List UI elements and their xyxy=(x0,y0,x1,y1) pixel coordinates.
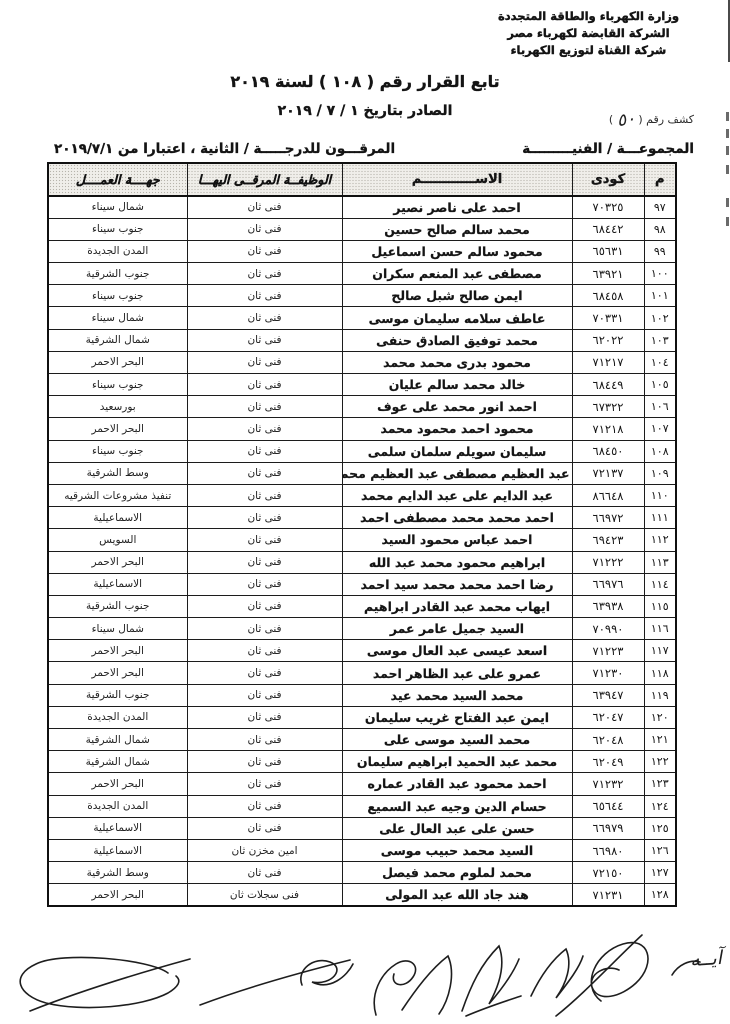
row-name: رضا احمد محمد محمد سيد احمد xyxy=(342,573,572,595)
row-index: ١٢٨ xyxy=(644,884,676,906)
row-position: فنى ثان xyxy=(187,307,342,329)
row-code: ٧٢١٣٧ xyxy=(572,462,644,484)
row-name: ايمن عبد الفتاح غريب سليمان xyxy=(342,706,572,728)
row-code: ٧١٢٣٠ xyxy=(572,662,644,684)
table-row: ١٠١ ٦٨٤٥٨ ايمن صالح شبل صالح فنى ثان جنو… xyxy=(48,285,676,307)
row-position: فنى ثان xyxy=(187,507,342,529)
row-name: السيد محمد حبيب موسى xyxy=(342,839,572,861)
row-workplace: الاسماعيلية xyxy=(48,507,187,529)
row-index: ١٠٠ xyxy=(644,263,676,285)
row-index: ٩٩ xyxy=(644,240,676,262)
row-workplace: جنوب سيناء xyxy=(48,285,187,307)
row-workplace: بورسعيد xyxy=(48,396,187,418)
row-code: ٦٥٦٤٤ xyxy=(572,795,644,817)
promotion-table-header: م كودى الاســــــــــــم الوظيفــة المرق… xyxy=(48,163,676,196)
header-workplace: جهــــة العمــــل xyxy=(48,163,187,196)
row-code: ٦٢٠٢٢ xyxy=(572,329,644,351)
row-position: فنى سجلات ثان xyxy=(187,884,342,906)
row-code: ٦٧٣٢٢ xyxy=(572,396,644,418)
row-code: ٧١٢٢٣ xyxy=(572,640,644,662)
letterhead-holding-company: الشركة القابضة لكهرباء مصر xyxy=(481,25,696,42)
sheet-number-handwritten: ٥٠ xyxy=(615,109,636,131)
row-workplace: البحر الاحمر xyxy=(48,662,187,684)
table-row: ١٢٨ ٧١٢٣١ هند جاد الله عبد المولى فنى سج… xyxy=(48,884,676,906)
row-index: ٩٨ xyxy=(644,218,676,240)
row-workplace: البحر الاحمر xyxy=(48,351,187,373)
header-index: م xyxy=(644,163,676,196)
table-row: ٩٨ ٦٨٤٤٢ محمد سالم صالح حسين فنى ثان جنو… xyxy=(48,218,676,240)
row-workplace: الاسماعيلية xyxy=(48,839,187,861)
row-workplace: السويس xyxy=(48,529,187,551)
table-row: ١٠٧ ٧١٢١٨ محمود احمد محمود محمد فنى ثان … xyxy=(48,418,676,440)
row-position: فنى ثان xyxy=(187,285,342,307)
row-position: فنى ثان xyxy=(187,706,342,728)
letterhead-canal-company: شركة القناة لتوزيع الكهرباء xyxy=(481,42,696,59)
row-code: ٦٦٩٧٢ xyxy=(572,507,644,529)
signature-scribble xyxy=(20,957,179,1007)
row-index: ١٠٦ xyxy=(644,396,676,418)
row-position: فنى ثان xyxy=(187,618,342,640)
row-name: احمد على ناصر نصير xyxy=(342,196,572,218)
table-row: ١٠٤ ٧١٢١٧ محمود بدرى محمد محمد فنى ثان ا… xyxy=(48,351,676,373)
row-index: ١١١ xyxy=(644,507,676,529)
signature-scribble xyxy=(531,949,583,998)
row-code: ٧١٢٣١ xyxy=(572,884,644,906)
row-position: فنى ثان xyxy=(187,751,342,773)
row-name: احمد محمد محمد مصطفى احمد xyxy=(342,507,572,529)
row-name: محمود بدرى محمد محمد xyxy=(342,351,572,373)
row-workplace: البحر الاحمر xyxy=(48,640,187,662)
row-name: احمد عباس محمود السيد xyxy=(342,529,572,551)
group-label: المجموعـــة / الفنيـــــــــة xyxy=(522,141,694,157)
row-name: محمد لملوم محمد فيصل xyxy=(342,862,572,884)
row-name: هند جاد الله عبد المولى xyxy=(342,884,572,906)
row-name: حسن على عبد العال على xyxy=(342,817,572,839)
scanned-decree-document: وزارة الكهرباء والطاقة المتجددة الشركة ا… xyxy=(0,0,730,1024)
promotion-table: م كودى الاســــــــــــم الوظيفــة المرق… xyxy=(47,162,677,907)
scan-edge-dash xyxy=(726,198,729,207)
row-name: محمد السيد محمد عيد xyxy=(342,684,572,706)
row-index: ١٢٤ xyxy=(644,795,676,817)
row-position: فنى ثان xyxy=(187,440,342,462)
table-row: ١٢٤ ٦٥٦٤٤ حسام الدين وجيه عبد السميع فنى… xyxy=(48,795,676,817)
signature-scribble xyxy=(462,946,519,1011)
row-workplace: جنوب سيناء xyxy=(48,440,187,462)
row-name: محمد سالم صالح حسين xyxy=(342,218,572,240)
row-code: ٧١٢٢٢ xyxy=(572,551,644,573)
signature-scribble xyxy=(301,961,353,985)
row-position: فنى ثان xyxy=(187,218,342,240)
row-workplace: جنوب الشرقية xyxy=(48,263,187,285)
scan-edge-dash xyxy=(726,146,729,155)
row-position: فنى ثان xyxy=(187,573,342,595)
row-position: فنى ثان xyxy=(187,240,342,262)
row-index: ١٢٣ xyxy=(644,773,676,795)
table-row: ١٠٢ ٧٠٣٣١ عاطف سلامه سليمان موسى فنى ثان… xyxy=(48,307,676,329)
row-index: ١٠٢ xyxy=(644,307,676,329)
row-code: ٦٨٤٤٩ xyxy=(572,374,644,396)
row-index: ١٠٤ xyxy=(644,351,676,373)
row-workplace: شمال سيناء xyxy=(48,618,187,640)
table-row: ١١١ ٦٦٩٧٢ احمد محمد محمد مصطفى احمد فنى … xyxy=(48,507,676,529)
row-code: ٨٦٦٤٨ xyxy=(572,484,644,506)
row-index: ١٠٨ xyxy=(644,440,676,462)
table-row: ١١٣ ٧١٢٢٢ ابراهيم محمود محمد عبد الله فن… xyxy=(48,551,676,573)
row-index: ١١٧ xyxy=(644,640,676,662)
table-row: ٩٩ ٦٥٦٣١ محمود سالم حسن اسماعيل فنى ثان … xyxy=(48,240,676,262)
row-code: ٦٦٩٧٦ xyxy=(572,573,644,595)
table-row: ١١٤ ٦٦٩٧٦ رضا احمد محمد محمد سيد احمد فن… xyxy=(48,573,676,595)
row-index: ١٢١ xyxy=(644,729,676,751)
header-position: الوظيفــة المرقــى اليهـــا xyxy=(187,163,342,196)
row-position: فنى ثان xyxy=(187,196,342,218)
signature-scribble xyxy=(556,935,642,1016)
row-workplace: وسط الشرقية xyxy=(48,462,187,484)
row-position: فنى ثان xyxy=(187,729,342,751)
row-name: عاطف سلامه سليمان موسى xyxy=(342,307,572,329)
row-workplace: البحر الاحمر xyxy=(48,773,187,795)
row-position: امين مخزن ثان xyxy=(187,839,342,861)
row-workplace: المدن الجديدة xyxy=(48,706,187,728)
signature-scribble xyxy=(30,959,190,1011)
row-index: ١١٥ xyxy=(644,595,676,617)
row-position: فنى ثان xyxy=(187,795,342,817)
row-workplace: البحر الاحمر xyxy=(48,551,187,573)
row-workplace: شمال الشرقية xyxy=(48,751,187,773)
table-row: ١٠٨ ٦٨٤٥٠ سليمان سويلم سلمان سلمى فنى ثا… xyxy=(48,440,676,462)
row-index: ١٠٧ xyxy=(644,418,676,440)
table-row: ١٢٢ ٦٢٠٤٩ محمد عبد الحميد ابراهيم سليمان… xyxy=(48,751,676,773)
row-code: ٦٥٦٣١ xyxy=(572,240,644,262)
sheet-number-label: كشف رقم ( xyxy=(638,113,694,126)
scan-edge-dash xyxy=(726,165,729,174)
row-code: ٧١٢١٨ xyxy=(572,418,644,440)
scan-edge-dash xyxy=(726,217,729,226)
row-index: ١٢٠ xyxy=(644,706,676,728)
row-name: ايمن صالح شبل صالح xyxy=(342,285,572,307)
row-index: ١٠٩ xyxy=(644,462,676,484)
row-index: ١١٢ xyxy=(644,529,676,551)
row-index: ١٢٦ xyxy=(644,839,676,861)
row-position: فنى ثان xyxy=(187,418,342,440)
signature-scribble xyxy=(374,961,415,1015)
row-code: ٦٢٠٤٧ xyxy=(572,706,644,728)
row-position: فنى ثان xyxy=(187,396,342,418)
row-position: فنى ثان xyxy=(187,595,342,617)
row-name: اسعد عيسى عبد العال موسى xyxy=(342,640,572,662)
table-row: ٩٧ ٧٠٣٢٥ احمد على ناصر نصير فنى ثان شمال… xyxy=(48,196,676,218)
row-name: حسام الدين وجيه عبد السميع xyxy=(342,795,572,817)
table-row: ١٢١ ٦٢٠٤٨ محمد السيد موسى على فنى ثان شم… xyxy=(48,729,676,751)
table-row: ١٠٦ ٦٧٣٢٢ احمد انور محمد على عوف فنى ثان… xyxy=(48,396,676,418)
row-code: ٧٠٣٣١ xyxy=(572,307,644,329)
header-code: كودى xyxy=(572,163,644,196)
row-position: فنى ثان xyxy=(187,263,342,285)
table-row: ١٢٧ ٧٢١٥٠ محمد لملوم محمد فيصل فنى ثان و… xyxy=(48,862,676,884)
table-row: ١٠٩ ٧٢١٣٧ عبد العظيم مصطفى عبد العظيم مح… xyxy=(48,462,676,484)
row-index: ٩٧ xyxy=(644,196,676,218)
row-name: ايهاب محمد عبد القادر ابراهيم xyxy=(342,595,572,617)
row-code: ٦٦٩٨٠ xyxy=(572,839,644,861)
row-position: فنى ثان xyxy=(187,551,342,573)
table-row: ١١٦ ٧٠٩٩٠ السيد جميل عامر عمر فنى ثان شم… xyxy=(48,618,676,640)
row-index: ١١٠ xyxy=(644,484,676,506)
table-row: ١١٠ ٨٦٦٤٨ عبد الدايم على عبد الدايم محمد… xyxy=(48,484,676,506)
row-position: فنى ثان xyxy=(187,662,342,684)
row-name: عمرو على عبد الظاهر احمد xyxy=(342,662,572,684)
sheet-number-suffix: ) xyxy=(609,113,613,126)
row-name: احمد انور محمد على عوف xyxy=(342,396,572,418)
decree-title: تابع القرار رقم ( ١٠٨ ) لسنة ٢٠١٩ xyxy=(0,72,730,91)
row-workplace: شمال الشرقية xyxy=(48,729,187,751)
scan-edge-dash xyxy=(726,129,729,138)
row-index: ١١٨ xyxy=(644,662,676,684)
table-row: ١٢٠ ٦٢٠٤٧ ايمن عبد الفتاح غريب سليمان فن… xyxy=(48,706,676,728)
table-row: ١٠٠ ٦٣٩٢١ مصطفى عبد المنعم سكران فنى ثان… xyxy=(48,263,676,285)
row-workplace: جنوب الشرقية xyxy=(48,684,187,706)
row-workplace: جنوب الشرقية xyxy=(48,595,187,617)
row-index: ١٠١ xyxy=(644,285,676,307)
row-name: خالد محمد سالم عليان xyxy=(342,374,572,396)
signature-scribble xyxy=(200,960,350,1005)
header-row: م كودى الاســــــــــــم الوظيفــة المرق… xyxy=(48,163,676,196)
table-row: ١٢٦ ٦٦٩٨٠ السيد محمد حبيب موسى امين مخزن… xyxy=(48,839,676,861)
row-name: مصطفى عبد المنعم سكران xyxy=(342,263,572,285)
row-workplace: الاسماعيلية xyxy=(48,817,187,839)
row-name: محمد السيد موسى على xyxy=(342,729,572,751)
signatures-strip xyxy=(0,915,730,1024)
row-position: فنى ثان xyxy=(187,529,342,551)
row-code: ٧٠٩٩٠ xyxy=(572,618,644,640)
row-code: ٧٢١٥٠ xyxy=(572,862,644,884)
row-workplace: جنوب سيناء xyxy=(48,374,187,396)
row-name: محمود احمد محمود محمد xyxy=(342,418,572,440)
row-name: السيد جميل عامر عمر xyxy=(342,618,572,640)
table-row: ١١٧ ٧١٢٢٣ اسعد عيسى عبد العال موسى فنى ث… xyxy=(48,640,676,662)
row-code: ٦٨٤٥٠ xyxy=(572,440,644,462)
company-letterhead: وزارة الكهرباء والطاقة المتجددة الشركة ا… xyxy=(481,8,696,59)
row-name: محمود سالم حسن اسماعيل xyxy=(342,240,572,262)
row-workplace: شمال سيناء xyxy=(48,307,187,329)
row-position: فنى ثان xyxy=(187,862,342,884)
row-code: ٦٣٩٤٧ xyxy=(572,684,644,706)
row-position: فنى ثان xyxy=(187,329,342,351)
promotion-table-body: ٩٧ ٧٠٣٢٥ احمد على ناصر نصير فنى ثان شمال… xyxy=(48,196,676,906)
signature-scribble xyxy=(402,956,451,1014)
table-row: ١٢٥ ٦٦٩٧٩ حسن على عبد العال على فنى ثان … xyxy=(48,817,676,839)
row-name: عبد العظيم مصطفى عبد العظيم محمد xyxy=(342,462,572,484)
row-name: محمد توفيق الصادق حنفى xyxy=(342,329,572,351)
row-code: ٦٣٩٢١ xyxy=(572,263,644,285)
letterhead-ministry: وزارة الكهرباء والطاقة المتجددة xyxy=(481,8,696,25)
row-workplace: تنفيذ مشروعات الشرقيه xyxy=(48,484,187,506)
row-position: فنى ثان xyxy=(187,374,342,396)
row-position: فنى ثان xyxy=(187,817,342,839)
table-row: ١١٨ ٧١٢٣٠ عمرو على عبد الظاهر احمد فنى ث… xyxy=(48,662,676,684)
row-code: ٦٢٠٤٩ xyxy=(572,751,644,773)
row-workplace: المدن الجديدة xyxy=(48,795,187,817)
row-code: ٧١٢١٧ xyxy=(572,351,644,373)
row-code: ٦٨٤٥٨ xyxy=(572,285,644,307)
row-index: ١٢٥ xyxy=(644,817,676,839)
sheet-number-line: كشف رقم ( ٥٠ ) xyxy=(609,108,694,128)
row-position: فنى ثان xyxy=(187,640,342,662)
row-name: سليمان سويلم سلمان سلمى xyxy=(342,440,572,462)
row-code: ٦٦٩٧٩ xyxy=(572,817,644,839)
row-workplace: شمال الشرقية xyxy=(48,329,187,351)
row-position: فنى ثان xyxy=(187,462,342,484)
row-name: عبد الدايم على عبد الدايم محمد xyxy=(342,484,572,506)
table-row: ١١٢ ٦٩٤٢٣ احمد عباس محمود السيد فنى ثان … xyxy=(48,529,676,551)
row-code: ٦٣٩٣٨ xyxy=(572,595,644,617)
row-workplace: المدن الجديدة xyxy=(48,240,187,262)
row-code: ٧١٢٣٢ xyxy=(572,773,644,795)
row-workplace: جنوب سيناء xyxy=(48,218,187,240)
row-code: ٦٨٤٤٢ xyxy=(572,218,644,240)
row-name: ابراهيم محمود محمد عبد الله xyxy=(342,551,572,573)
row-workplace: البحر الاحمر xyxy=(48,418,187,440)
row-index: ١٢٢ xyxy=(644,751,676,773)
row-index: ١١٩ xyxy=(644,684,676,706)
row-position: فنى ثان xyxy=(187,684,342,706)
row-index: ١٠٥ xyxy=(644,374,676,396)
row-workplace: البحر الاحمر xyxy=(48,884,187,906)
row-index: ١١٦ xyxy=(644,618,676,640)
header-name: الاســــــــــــم xyxy=(342,163,572,196)
row-index: ١١٤ xyxy=(644,573,676,595)
signature-scribble xyxy=(591,943,648,1001)
table-row: ١٢٣ ٧١٢٣٢ احمد محمود عبد القادر عماره فن… xyxy=(48,773,676,795)
row-index: ١٢٧ xyxy=(644,862,676,884)
row-code: ٦٢٠٤٨ xyxy=(572,729,644,751)
handwritten-name-note: آيــه xyxy=(689,947,722,971)
table-row: ١١٩ ٦٣٩٤٧ محمد السيد محمد عيد فنى ثان جن… xyxy=(48,684,676,706)
row-name: محمد عبد الحميد ابراهيم سليمان xyxy=(342,751,572,773)
row-position: فنى ثان xyxy=(187,351,342,373)
row-position: فنى ثان xyxy=(187,484,342,506)
row-workplace: الاسماعيلية xyxy=(48,573,187,595)
row-name: احمد محمود عبد القادر عماره xyxy=(342,773,572,795)
row-index: ١٠٣ xyxy=(644,329,676,351)
promotion-grade-line: المرقـــون للدرجـــــة / الثانية ، اعتبا… xyxy=(54,141,395,157)
table-row: ١٠٣ ٦٢٠٢٢ محمد توفيق الصادق حنفى فنى ثان… xyxy=(48,329,676,351)
table-row: ١٠٥ ٦٨٤٤٩ خالد محمد سالم عليان فنى ثان ج… xyxy=(48,374,676,396)
row-code: ٧٠٣٢٥ xyxy=(572,196,644,218)
table-row: ١١٥ ٦٣٩٣٨ ايهاب محمد عبد القادر ابراهيم … xyxy=(48,595,676,617)
row-workplace: وسط الشرقية xyxy=(48,862,187,884)
row-index: ١١٣ xyxy=(644,551,676,573)
row-code: ٦٩٤٢٣ xyxy=(572,529,644,551)
row-workplace: شمال سيناء xyxy=(48,196,187,218)
row-position: فنى ثان xyxy=(187,773,342,795)
